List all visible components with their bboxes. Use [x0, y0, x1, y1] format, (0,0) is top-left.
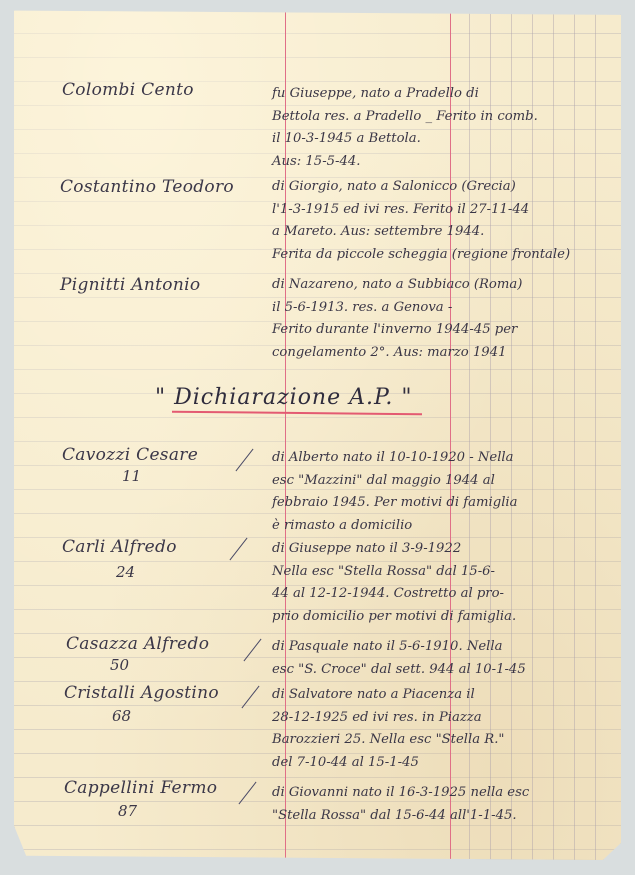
entry-name: Costantino Teodoro	[60, 177, 234, 197]
entry-text: di Giovanni nato il 16-3-1925 nella esc …	[272, 782, 607, 827]
entry-name: Cristalli Agostino	[64, 683, 219, 703]
entry-text: fu Giuseppe, nato a Pradello di Bettola …	[272, 83, 607, 173]
entry-name: Pignitti Antonio	[60, 275, 200, 295]
entry-number: 50	[110, 656, 129, 674]
entry-number: 11	[122, 467, 141, 485]
entry-text: di Alberto nato il 10-10-1920 - Nella es…	[272, 447, 607, 537]
entry-number: 24	[116, 563, 135, 581]
entry-name: Cappellini Fermo	[64, 778, 217, 798]
entry-number: 68	[112, 707, 131, 725]
entry-name: Cavozzi Cesare	[62, 445, 198, 465]
entry-name: Casazza Alfredo	[66, 634, 209, 654]
entry-name: Colombi Cento	[62, 80, 194, 100]
entry-text: di Pasquale nato il 5-6-1910. Nella esc …	[272, 636, 607, 681]
entry-name: Carli Alfredo	[62, 537, 177, 557]
entry-text: di Giuseppe nato il 3-9-1922 Nella esc "…	[272, 538, 607, 628]
entry-text: di Salvatore nato a Piacenza il 28-12-19…	[272, 684, 607, 774]
section-heading: " Dichiarazione A.P. "	[155, 385, 412, 410]
entry-text: di Nazareno, nato a Subbiaco (Roma) il 5…	[272, 274, 607, 364]
entry-text: di Giorgio, nato a Salonicco (Grecia) l'…	[272, 176, 607, 266]
entry-number: 87	[118, 802, 137, 820]
